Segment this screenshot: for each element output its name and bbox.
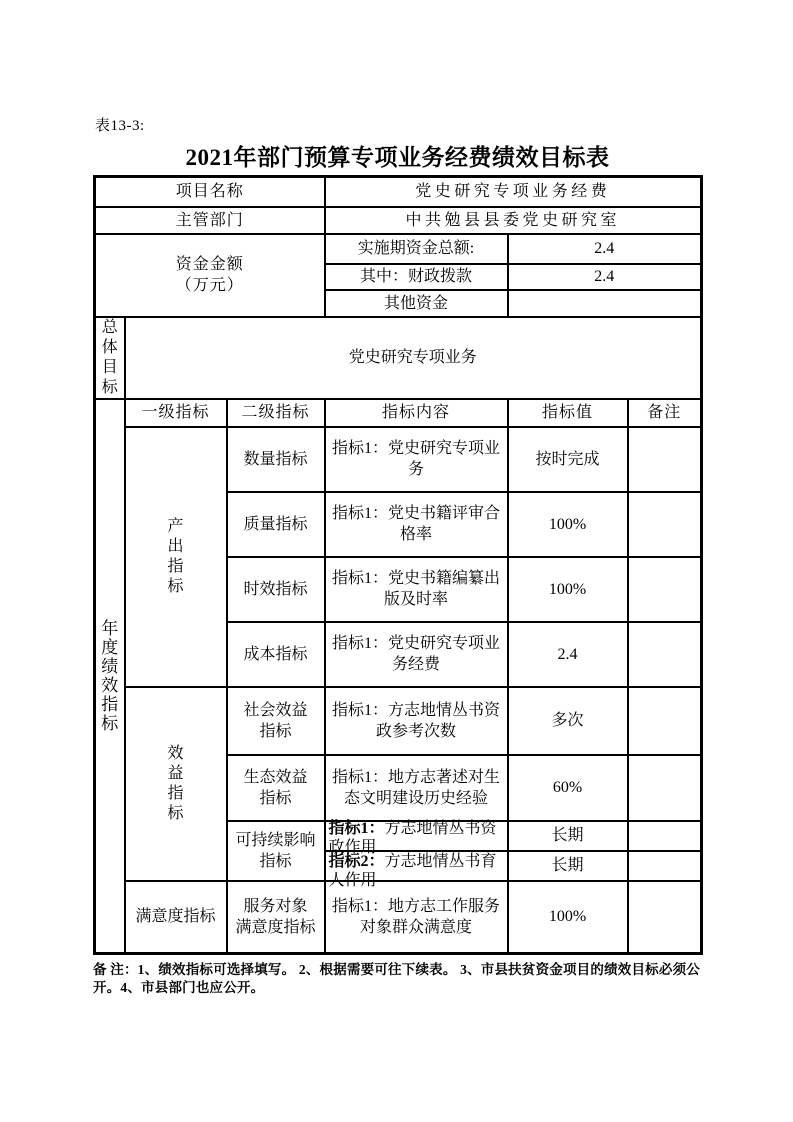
benefit-group-label: 效益指标 xyxy=(166,744,184,824)
project-name-label-cell: 项目名称 xyxy=(95,177,325,207)
annual-indicators-label: 年度绩效指标 xyxy=(100,619,120,733)
content-cell: 指标2：方志地情丛书育人作用 xyxy=(325,851,508,881)
indicator-prefix: 指标1： xyxy=(329,820,385,837)
value-cell: 长期 xyxy=(508,821,628,851)
benefit-group-label-cell: 效益指标 xyxy=(125,687,227,881)
satisfaction-group-label-cell: 满意度指标 xyxy=(125,881,227,954)
content-cell: 指标1：党史研究专项业务 xyxy=(325,427,508,492)
overall-goal-value-cell: 党史研究专项业务 xyxy=(125,317,702,399)
remark-cell xyxy=(628,821,702,851)
content-cell: 指标1：地方志工作服务对象群众满意度 xyxy=(325,881,508,954)
header-level2-cell: 二级指标 xyxy=(227,399,325,427)
content-cell: 指标1：党史书籍评审合格率 xyxy=(325,492,508,557)
annual-indicators-label-cell: 年度绩效指标 xyxy=(95,399,125,954)
fund-other-value-cell xyxy=(508,290,702,317)
indicator-prefix: 指标2： xyxy=(329,853,385,870)
content-cell: 指标1：党史研究专项业务经费 xyxy=(325,622,508,687)
department-value-cell: 中共勉县县委党史研究室 xyxy=(325,207,702,234)
value-cell: 多次 xyxy=(508,687,628,755)
content-cell: 指标1：方志地情丛书资政参考次数 xyxy=(325,687,508,755)
level2-cell: 可持续影响 指标 xyxy=(227,821,325,881)
content-cell: 指标1：党史书籍编纂出版及时率 xyxy=(325,557,508,622)
fund-other-label-cell: 其他资金 xyxy=(325,290,508,317)
document-title: 2021年部门预算专项业务经费绩效目标表 xyxy=(93,139,702,172)
fund-amount-label-cell: 资金金额 （万元） xyxy=(95,234,325,317)
project-name-value-cell: 党史研究专项业务经费 xyxy=(325,177,702,207)
document-page: 表13-3: 2021年部门预算专项业务经费绩效目标表 项目名称 党史研究专项业… xyxy=(0,0,793,1122)
level2-cell: 质量指标 xyxy=(227,492,325,557)
footnotes-text: 备 注：1、绩效指标可选择填写。 2、根据需要可往下续表。 3、市县扶贫资金项目… xyxy=(93,961,711,997)
department-label-cell: 主管部门 xyxy=(95,207,325,234)
output-group-label-cell: 产出指标 xyxy=(125,427,227,687)
remark-cell xyxy=(628,557,702,622)
remark-cell xyxy=(628,881,702,954)
value-cell: 2.4 xyxy=(508,622,628,687)
value-cell: 60% xyxy=(508,755,628,821)
value-cell: 100% xyxy=(508,881,628,954)
level2-cell: 数量指标 xyxy=(227,427,325,492)
overall-goal-label: 总体目标 xyxy=(101,318,119,398)
level2-cell: 时效指标 xyxy=(227,557,325,622)
header-remark-cell: 备注 xyxy=(628,399,702,427)
output-group-label: 产出指标 xyxy=(166,517,184,597)
value-cell: 100% xyxy=(508,557,628,622)
remark-cell xyxy=(628,622,702,687)
fund-total-value-cell: 2.4 xyxy=(508,234,702,264)
remark-cell xyxy=(628,492,702,557)
header-level1-cell: 一级指标 xyxy=(125,399,227,427)
remark-cell xyxy=(628,687,702,755)
content-cell: 指标1：地方志著述对生态文明建设历史经验 xyxy=(325,755,508,821)
remark-cell xyxy=(628,851,702,881)
fund-total-label-cell: 实施期资金总额: xyxy=(325,234,508,264)
performance-target-table: 项目名称 党史研究专项业务经费 主管部门 中共勉县县委党史研究室 资金金额 （万… xyxy=(93,175,703,955)
content-cell: 指标1：方志地情丛书资政作用 xyxy=(325,821,508,851)
header-value-cell: 指标值 xyxy=(508,399,628,427)
level2-cell: 成本指标 xyxy=(227,622,325,687)
level2-cell: 服务对象 满意度指标 xyxy=(227,881,325,954)
overall-goal-label-cell: 总体目标 xyxy=(95,317,125,399)
remark-cell xyxy=(628,755,702,821)
form-number-label: 表13-3: xyxy=(95,114,145,135)
fund-fiscal-label-cell: 其中：财政拨款 xyxy=(325,264,508,290)
header-content-cell: 指标内容 xyxy=(325,399,508,427)
fund-fiscal-value-cell: 2.4 xyxy=(508,264,702,290)
remark-cell xyxy=(628,427,702,492)
value-cell: 长期 xyxy=(508,851,628,881)
level2-cell: 生态效益 指标 xyxy=(227,755,325,821)
level2-cell: 社会效益 指标 xyxy=(227,687,325,755)
value-cell: 100% xyxy=(508,492,628,557)
value-cell: 按时完成 xyxy=(508,427,628,492)
